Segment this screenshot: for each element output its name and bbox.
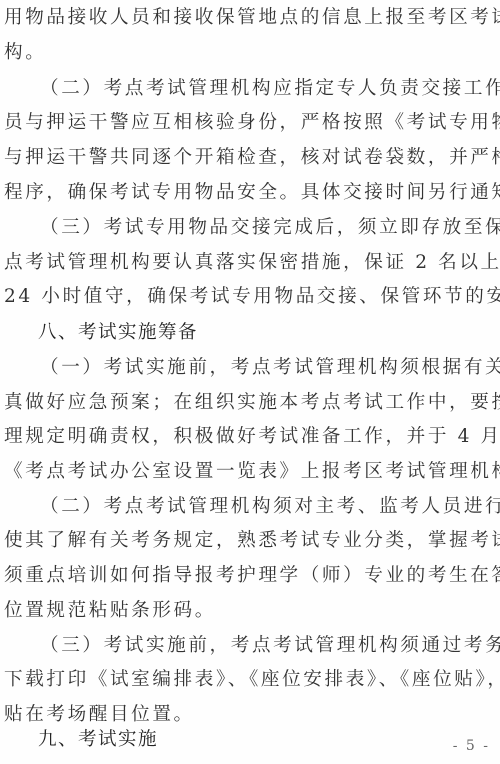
body-line: 程序，确保考试专用物品安全。具体交接时间另行通知。 [4, 181, 494, 205]
section-9-heading: 九、考试实施 [38, 728, 158, 752]
body-line: 真做好应急预案；在组织实施本考点考试工作中，要按照考务管 [4, 391, 494, 415]
paragraph-3-start: （三）考试专用物品交接完成后，须立即存放至保密室。考 [40, 216, 494, 240]
section-8-heading: 八、考试实施筹备 [38, 321, 198, 345]
section-8-paragraph-1-start: （一）考试实施前，考点考试管理机构须根据有关要求，认 [40, 356, 494, 380]
section-8-paragraph-2-start: （二）考点考试管理机构须对主考、监考人员进行认真培训， [40, 495, 494, 519]
page-number: - 5 - [453, 738, 490, 754]
body-line: 《考点考试办公室设置一览表》上报考区考试管理机构。 [4, 460, 494, 484]
body-line: 使其了解有关考务规定，熟悉考试专业分类，掌握考试工作程序， [4, 529, 494, 553]
body-line: 用物品接收人员和接收保管地点的信息上报至考区考试管理机 [4, 6, 494, 30]
section-8-paragraph-3-start: （三）考试实施前，考点考试管理机构须通过考务管理系统 [40, 634, 494, 658]
body-line: 贴在考场醒目位置。 [4, 703, 494, 727]
body-line: 24 小时值守，确保考试专用物品交接、保管环节的安全。 [4, 285, 494, 309]
body-line: 构。 [4, 41, 494, 65]
body-line: 员与押运干警应互相核验身份，严格按照《考试专用物品交接单》 [4, 111, 494, 135]
body-line: 理规定明确责权，积极做好考试准备工作，并于 4 月 20 日前将 [4, 425, 494, 449]
body-line: 点考试管理机构要认真落实保密措施，保证 2 名以上值班人员 [4, 251, 494, 275]
paragraph-2-start: （二）考点考试管理机构应指定专人负责交接工作。接收人 [40, 77, 494, 101]
document-page: 用物品接收人员和接收保管地点的信息上报至考区考试管理机 构。 （二）考点考试管理… [0, 0, 500, 764]
body-line: 须重点培训如何指导报考护理学（师）专业的考生在答题卡指定 [4, 564, 494, 588]
body-line: 下载打印《试室编排表》、《座位安排表》、《座位贴》，并张 [4, 668, 494, 692]
body-line: 与押运干警共同逐个开箱检查，核对试卷袋数，并严格履行交接 [4, 146, 494, 170]
body-line: 位置规范粘贴条形码。 [4, 599, 494, 623]
